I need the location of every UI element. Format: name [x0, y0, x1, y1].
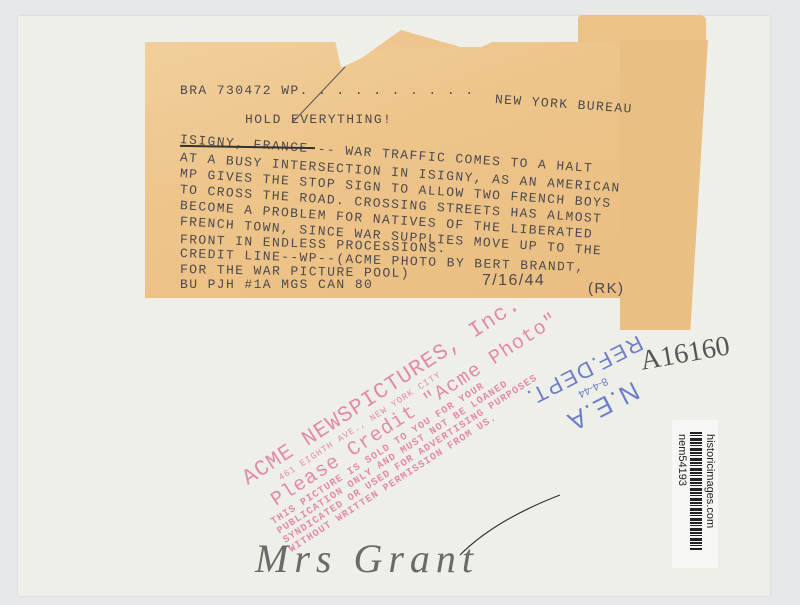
pen-stroke-mark: [455, 490, 565, 560]
clipping-initials: (RK): [588, 280, 624, 297]
barcode-label: historicimages.com nem54193: [672, 420, 718, 568]
pencil-signature: Mrs Grant: [255, 535, 479, 582]
clipping-line-10: BU PJH #1A MGS CAN 80: [180, 277, 373, 292]
barcode-site: historicimages.com: [704, 434, 716, 528]
barcode-id: nem54193: [676, 434, 688, 486]
barcode-icon: [690, 432, 702, 550]
pen-slash-mark: [290, 65, 350, 125]
